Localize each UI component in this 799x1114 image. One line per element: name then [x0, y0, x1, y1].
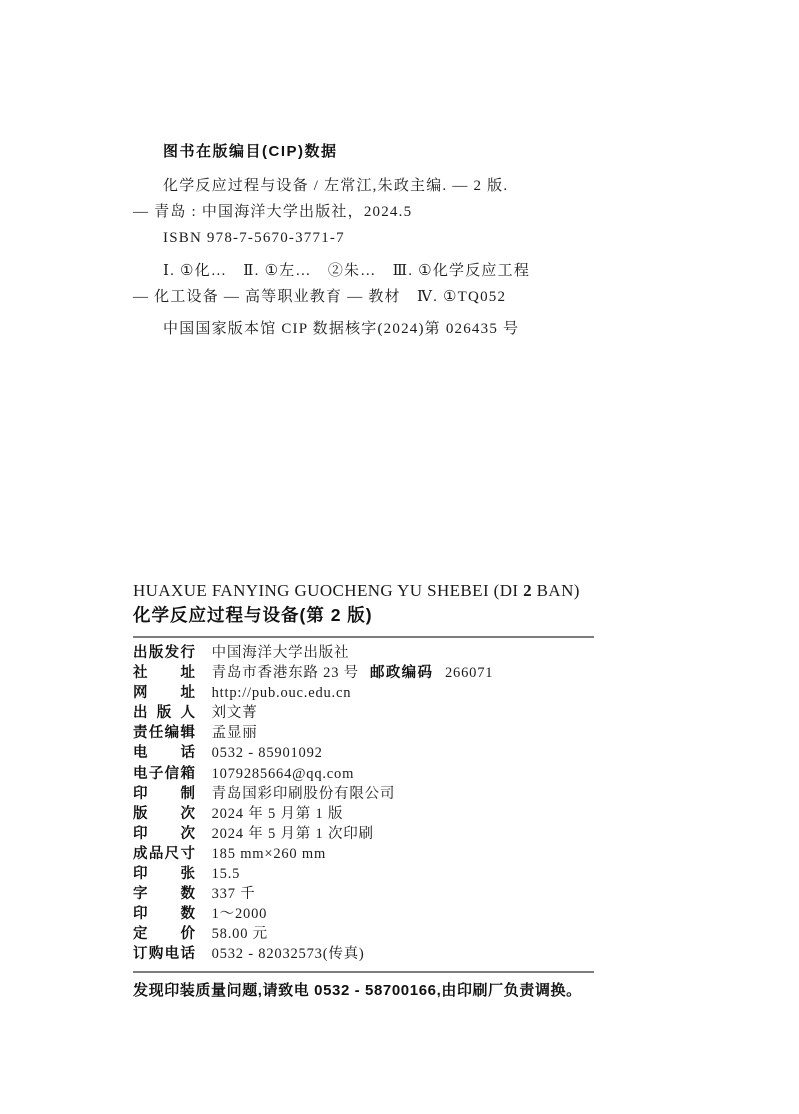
colophon-row-printer: 印制 青岛国彩印刷股份有限公司	[133, 784, 693, 804]
divider-rule-bottom	[133, 971, 594, 973]
colophon-label: 定价	[133, 924, 195, 944]
cip-isbn: ISBN 978-7-5670-3771-7	[133, 225, 673, 251]
cip-record-number: 中国国家版本馆 CIP 数据核字(2024)第 026435 号	[133, 316, 673, 342]
colophon-row-publisher-person: 出版人 刘文菁	[133, 703, 693, 723]
colophon-label: 印次	[133, 824, 195, 844]
colophon-value: 185 mm×260 mm	[212, 844, 326, 864]
title-pinyin-pre: HUAXUE FANYING GUOCHENG YU SHEBEI (DI	[133, 581, 523, 600]
colophon-label: 字数	[133, 884, 195, 904]
cip-record-line2: — 青岛 : 中国海洋大学出版社，2024.5	[133, 199, 673, 225]
colophon-row-orderphone: 订购电话 0532 - 82032573(传真)	[133, 944, 693, 964]
colophon-label: 订购电话	[133, 944, 195, 964]
colophon-value: http://pub.ouc.edu.cn	[212, 683, 352, 703]
colophon-row-website: 网址 http://pub.ouc.edu.cn	[133, 683, 693, 703]
title-pinyin-post: BAN)	[532, 581, 580, 600]
colophon-row-publisher: 出版发行 中国海洋大学出版社	[133, 643, 693, 663]
title-chinese: 化学反应过程与设备(第 2 版)	[133, 602, 693, 628]
colophon-label: 责任编辑	[133, 723, 195, 743]
title-block: HUAXUE FANYING GUOCHENG YU SHEBEI (DI 2 …	[133, 580, 693, 628]
colophon-row-email: 电子信箱 1079285664@qq.com	[133, 764, 693, 784]
title-pinyin-edition-number: 2	[523, 581, 532, 600]
colophon-label: 成品尺寸	[133, 844, 195, 864]
colophon-value: 青岛国彩印刷股份有限公司	[212, 784, 396, 804]
colophon-row-wordcount: 字数 337 千	[133, 884, 693, 904]
colophon-value: 青岛市香港东路 23 号	[212, 663, 359, 683]
colophon-label: 电话	[133, 743, 195, 763]
colophon-label: 网址	[133, 683, 195, 703]
colophon-value: 1～2000	[212, 904, 268, 924]
cip-heading: 图书在版编目(CIP)数据	[133, 140, 673, 164]
colophon-value: 337 千	[212, 884, 256, 904]
cip-class-line2: — 化工设备 — 高等职业教育 — 教材 Ⅳ. ①TQ052	[133, 284, 673, 310]
colophon-row-phone: 电话 0532 - 85901092	[133, 743, 693, 763]
colophon-label: 电子信箱	[133, 764, 195, 784]
colophon-row-sheets: 印张 15.5	[133, 864, 693, 884]
colophon-value-postcode: 266071	[445, 663, 493, 683]
colophon-value: 2024 年 5 月第 1 版	[212, 804, 344, 824]
copyright-page: 图书在版编目(CIP)数据 化学反应过程与设备 / 左常江,朱政主编. — 2 …	[0, 0, 799, 1114]
colophon-label: 印制	[133, 784, 195, 804]
colophon-value: 15.5	[212, 864, 241, 884]
cip-block: 图书在版编目(CIP)数据 化学反应过程与设备 / 左常江,朱政主编. — 2 …	[133, 140, 673, 342]
colophon-value: 刘文菁	[212, 703, 258, 723]
colophon-row-size: 成品尺寸 185 mm×260 mm	[133, 844, 693, 864]
title-pinyin: HUAXUE FANYING GUOCHENG YU SHEBEI (DI 2 …	[133, 580, 693, 602]
colophon: 出版发行 中国海洋大学出版社 社址 青岛市香港东路 23 号 邮政编码 2660…	[133, 643, 693, 965]
colophon-label: 印数	[133, 904, 195, 924]
colophon-row-impression: 印次 2024 年 5 月第 1 次印刷	[133, 824, 693, 844]
divider-rule-top	[133, 636, 594, 638]
colophon-row-price: 定价 58.00 元	[133, 924, 693, 944]
colophon-value: 孟显丽	[212, 723, 258, 743]
colophon-label-postcode: 邮政编码	[370, 663, 432, 683]
cip-class-line1: Ⅰ. ①化… Ⅱ. ①左… ②朱… Ⅲ. ①化学反应工程	[133, 258, 673, 284]
colophon-row-editor: 责任编辑 孟显丽	[133, 723, 693, 743]
colophon-value: 中国海洋大学出版社	[212, 643, 350, 663]
colophon-label: 印张	[133, 864, 195, 884]
colophon-label: 版次	[133, 804, 195, 824]
colophon-label: 出版发行	[133, 643, 195, 663]
colophon-value: 2024 年 5 月第 1 次印刷	[212, 824, 374, 844]
colophon-value: 0532 - 85901092	[212, 743, 323, 763]
colophon-row-printrun: 印数 1～2000	[133, 904, 693, 924]
colophon-value: 58.00 元	[212, 924, 268, 944]
colophon-row-edition: 版次 2024 年 5 月第 1 版	[133, 804, 693, 824]
colophon-label: 出版人	[133, 703, 195, 723]
colophon-value: 0532 - 82032573(传真)	[212, 944, 365, 964]
colophon-row-address: 社址 青岛市香港东路 23 号 邮政编码 266071	[133, 663, 693, 683]
colophon-value: 1079285664@qq.com	[212, 764, 355, 784]
quality-note: 发现印装质量问题,请致电 0532 - 58700166,由印刷厂负责调换。	[133, 980, 733, 1002]
colophon-label: 社址	[133, 663, 195, 683]
cip-record-line1: 化学反应过程与设备 / 左常江,朱政主编. — 2 版.	[133, 173, 673, 199]
